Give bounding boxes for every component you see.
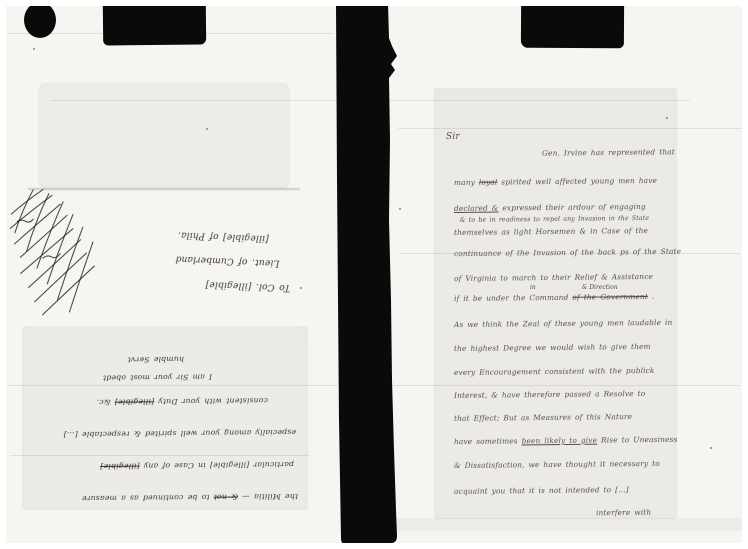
letter-line-segment: loyal [479, 178, 498, 187]
draft-line-segment: particular [illegible] in Case of any [140, 460, 294, 471]
catchword: interfere with [596, 508, 651, 518]
film-speck [206, 128, 208, 130]
draft-line-segment: to be continued as a measure [82, 493, 214, 503]
film-speck [300, 287, 302, 289]
draft-line: particular [illegible] in Case of any [i… [100, 460, 294, 471]
letter-line: & Dissatisfaction, we have thought it ne… [454, 459, 660, 470]
address-panel: To Col. [illegible] Lieut. of Cumberland… [90, 201, 304, 300]
flipped-draft-text: the Militia — & not to be continued as a… [22, 326, 308, 510]
letter-line-segment: . [648, 292, 655, 301]
letter-line: Interest, & have therefore passed a Reso… [454, 389, 645, 400]
letter-line: acquaint you that it is not intended to … [454, 485, 629, 496]
letter-line: Gen. Irvine has represented that [542, 147, 675, 157]
draft-line-segment: [illegible] [115, 397, 155, 406]
interlined-word: & Direction [582, 284, 618, 291]
draft-line-segment: the Militia — [238, 492, 298, 502]
reel-mark-rectangle-right [521, 3, 624, 49]
draft-line-segment: &c. [96, 398, 114, 407]
draft-line-segment: & not [213, 492, 238, 501]
letter-line: that Effect; But as Measures of this Nat… [454, 412, 632, 423]
address-line: To Col. [illegible] [205, 279, 290, 293]
draft-line-segment: [illegible] [100, 462, 140, 471]
letter-line-segment: many [454, 178, 479, 187]
draft-line: especially among your well spirited & re… [63, 428, 296, 439]
right-page-sheet: Sir Gen. Irvine has represented that man… [434, 88, 677, 519]
left-page-draft-sheet: the Militia — & not to be continued as a… [22, 326, 308, 510]
letter-line: declared & expressed their ardour of eng… [454, 202, 646, 213]
interlined-word: in [530, 284, 536, 291]
film-scratch [398, 128, 742, 129]
film-speck [33, 48, 35, 50]
film-scratch [10, 455, 310, 456]
letter-line-segment: have sometimes [454, 436, 522, 446]
left-page-flap [38, 83, 290, 189]
letter-line-segment: if it be under the Command [454, 293, 572, 303]
film-speck [666, 117, 668, 119]
letter-line-segment: been likely to give [522, 436, 598, 446]
letter-line-segment: declared & [454, 204, 499, 213]
letter-line: As we think the Zeal of these young men … [454, 318, 673, 329]
letter-line: every Encouragement consistent with the … [454, 366, 655, 377]
letter-line-segment: of the Government [572, 292, 648, 302]
film-scratch [400, 253, 740, 254]
draft-closing-line: humble Servt [128, 355, 185, 365]
microfilm-scan: To Col. [illegible] Lieut. of Cumberland… [0, 0, 748, 549]
letter-line-segment: expressed their ardour of engaging [498, 202, 645, 213]
letter-line: have sometimes been likely to give Rise … [454, 435, 677, 446]
letter-line: themselves as light Horsemen & in Case o… [454, 226, 648, 237]
draft-line-segment: consistent with your Duty [154, 396, 268, 406]
letter-line-segment: spirited well affected young men have [497, 176, 657, 187]
film-exposure-band [392, 518, 742, 531]
film-splice-bar [325, 0, 405, 549]
draft-line: consistent with your Duty [illegible] &c… [96, 396, 268, 407]
letter-line: if it be under the Command of the Govern… [454, 292, 655, 303]
reel-mark-circle [24, 2, 56, 38]
salutation: Sir [446, 132, 460, 142]
address-line: [illegible] of Phila. [178, 229, 269, 243]
draft-line: the Militia — & not to be continued as a… [82, 492, 298, 503]
reel-mark-rectangle-left [103, 3, 206, 45]
letter-line: many loyal spirited well affected young … [454, 176, 657, 187]
interlined-insertion-line: & to be in readiness to repel any Invasi… [460, 215, 649, 224]
letter-line-segment: Rise to Uneasiness [597, 435, 677, 445]
letter-line: the highest Degree we would wish to give… [454, 342, 651, 353]
draft-closing-line: I am Sir your most obedt [103, 372, 212, 382]
address-line: Lieut. of Cumberland [175, 253, 279, 267]
letter-line: of Virginia to march to their Relief & A… [454, 272, 653, 283]
film-speck [710, 447, 712, 449]
